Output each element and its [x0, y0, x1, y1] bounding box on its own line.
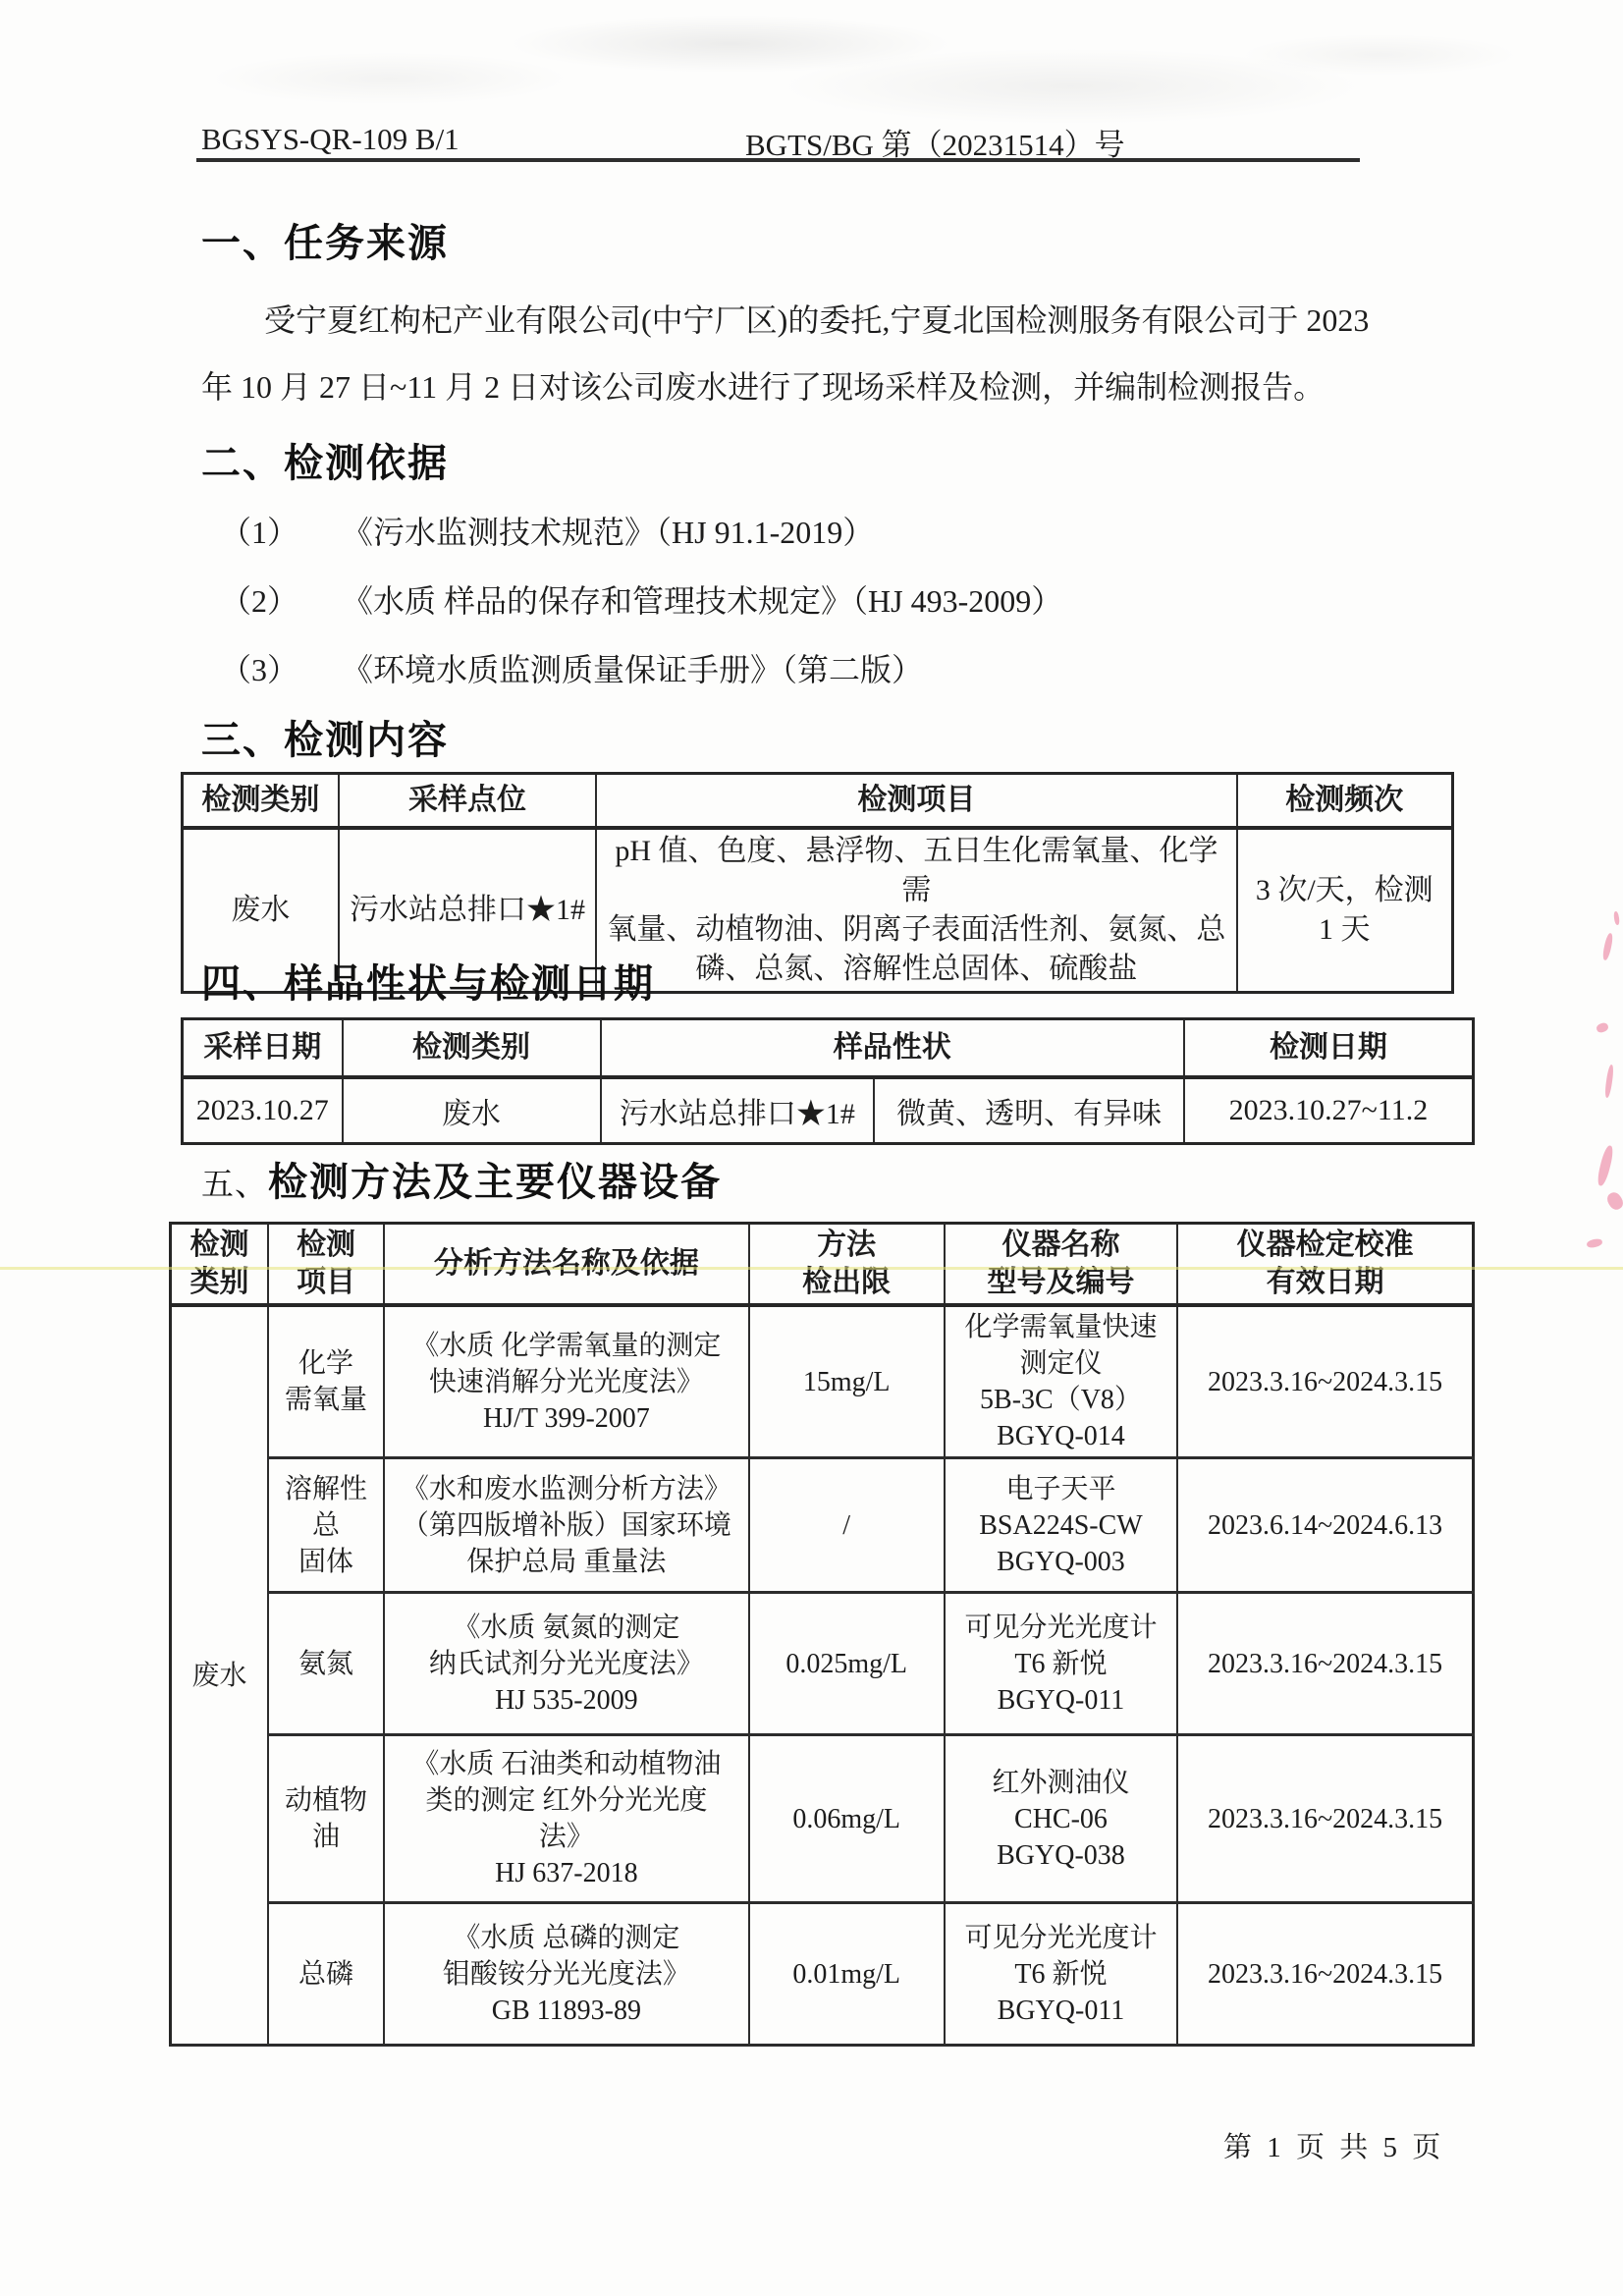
- column-header-item: 检测 项目: [268, 1224, 384, 1306]
- cell-method: 《水质 化学需氧量的测定 快速消解分光光度法》 HJ/T 399-2007: [384, 1305, 749, 1458]
- column-header-frequency: 检测频次: [1237, 774, 1453, 829]
- red-ink-mark: [1586, 1237, 1602, 1248]
- cell-valid-date: 2023.6.14~2024.6.13: [1177, 1458, 1473, 1593]
- table-row-phosphorus: 总磷 《水质 总磷的测定 钼酸铵分光光度法》 GB 11893-89 0.01m…: [171, 1903, 1474, 2046]
- table-row: 2023.10.27 废水 污水站总排口★1# 微黄、透明、有异味 2023.1…: [183, 1077, 1474, 1144]
- reference-text: 《污水监测技术规范》（HJ 91.1-2019）: [342, 515, 874, 550]
- cell-valid-date: 2023.3.16~2024.3.15: [1177, 1903, 1473, 2046]
- cell-item: 动植物 油: [268, 1735, 384, 1903]
- cell-instrument: 可见分光光度计 T6 新悦 BGYQ-011: [945, 1903, 1178, 2046]
- column-header-valid-date: 仪器检定校准 有效日期: [1177, 1224, 1473, 1306]
- cell-item: 溶解性总 固体: [268, 1458, 384, 1593]
- cell-limit: 0.01mg/L: [749, 1903, 945, 2046]
- cell-instrument: 化学需氧量快速 测定仪 5B-3C（V8） BGYQ-014: [945, 1305, 1178, 1458]
- section5-number: 五、: [201, 1168, 268, 1203]
- cell-item: 氨氮: [268, 1593, 384, 1735]
- column-header-method: 分析方法名称及依据: [384, 1224, 749, 1306]
- table-row-ammonia: 氨氮 《水质 氨氮的测定 纳氏试剂分光光度法》 HJ 535-2009 0.02…: [171, 1593, 1474, 1735]
- cell-method: 《水质 总磷的测定 钼酸铵分光光度法》 GB 11893-89: [384, 1903, 749, 2046]
- table-row-cod: 废水 化学 需氧量 《水质 化学需氧量的测定 快速消解分光光度法》 HJ/T 3…: [171, 1305, 1474, 1458]
- column-header-category: 检测类别: [183, 774, 339, 829]
- reference-number: （1）: [220, 511, 298, 554]
- cell-item: 总磷: [268, 1903, 384, 2046]
- cell-method: 《水质 氨氮的测定 纳氏试剂分光光度法》 HJ 535-2009: [384, 1593, 749, 1735]
- cell-category: 废水: [171, 1305, 269, 2046]
- method-instrument-table: 检测 类别 检测 项目 分析方法名称及依据 方法 检出限 仪器名称 型号及编号 …: [169, 1222, 1475, 2047]
- section5-title-text: 检测方法及主要仪器设备: [268, 1161, 722, 1204]
- cell-limit: 0.025mg/L: [749, 1593, 945, 1735]
- section5-title: 五、检测方法及主要仪器设备: [201, 1151, 722, 1207]
- cell-sample-date: 2023.10.27: [183, 1077, 343, 1144]
- reference-text: 《环境水质监测质量保证手册》（第二版）: [342, 652, 923, 687]
- red-ink-mark: [1601, 933, 1614, 961]
- cell-limit: /: [749, 1458, 945, 1593]
- cell-valid-date: 2023.3.16~2024.3.15: [1177, 1735, 1473, 1903]
- cell-instrument: 可见分光光度计 T6 新悦 BGYQ-011: [945, 1593, 1178, 1735]
- reference-item-3: （3）《环境水质监测质量保证手册》（第二版）: [220, 648, 1062, 691]
- table-row-tds: 溶解性总 固体 《水和废水监测分析方法》 （第四版增补版）国家环境 保护总局 重…: [171, 1458, 1474, 1593]
- table-row-oil: 动植物 油 《水质 石油类和动植物油 类的测定 红外分光光度 法》 HJ 637…: [171, 1735, 1474, 1903]
- report-page: BGSYS-QR-109 B/1 BGTS/BG 第（20231514）号 一、…: [0, 0, 1623, 2296]
- section1-title: 一、任务来源: [201, 212, 449, 268]
- cell-valid-date: 2023.3.16~2024.3.15: [1177, 1305, 1473, 1458]
- cell-point: 污水站总排口★1#: [601, 1077, 875, 1144]
- cell-character: 微黄、透明、有异味: [874, 1077, 1184, 1144]
- cell-limit: 15mg/L: [749, 1305, 945, 1458]
- cell-method: 《水质 石油类和动植物油 类的测定 红外分光光度 法》 HJ 637-2018: [384, 1735, 749, 1903]
- cell-method: 《水和废水监测分析方法》 （第四版增补版）国家环境 保护总局 重量法: [384, 1458, 749, 1593]
- page-number: 第 1 页 共 5 页: [1223, 2125, 1444, 2165]
- reference-item-1: （1）《污水监测技术规范》（HJ 91.1-2019）: [220, 511, 1062, 554]
- sample-character-table: 采样日期 检测类别 样品性状 检测日期 2023.10.27 废水 污水站总排口…: [181, 1017, 1475, 1145]
- reference-number: （3）: [220, 648, 298, 691]
- cell-projects: pH 值、色度、悬浮物、五日生化需氧量、化学需 氧量、动植物油、阴离子表面活性剂…: [596, 828, 1236, 993]
- column-header-limit: 方法 检出限: [749, 1224, 945, 1306]
- reference-number: （2）: [220, 579, 298, 623]
- table-header-row: 检测类别 采样点位 检测项目 检测频次: [183, 774, 1453, 829]
- cell-instrument: 红外测油仪 CHC-06 BGYQ-038: [945, 1735, 1178, 1903]
- column-header-category: 检测 类别: [171, 1224, 269, 1306]
- cell-category: 废水: [343, 1077, 601, 1144]
- red-ink-mark: [1613, 911, 1620, 926]
- section4-title: 四、样品性状与检测日期: [201, 953, 655, 1009]
- reference-list: （1）《污水监测技术规范》（HJ 91.1-2019） （2）《水质 样品的保存…: [220, 511, 1062, 717]
- column-header-sample-date: 采样日期: [183, 1019, 343, 1078]
- column-header-category: 检测类别: [343, 1019, 601, 1078]
- table-header-row: 采样日期 检测类别 样品性状 检测日期: [183, 1019, 1474, 1078]
- section1-paragraph: 受宁夏红枸杞产业有限公司(中宁厂区)的委托,宁夏北国检测服务有限公司于 2023…: [201, 287, 1478, 420]
- reference-item-2: （2）《水质 样品的保存和管理技术规定》（HJ 493-2009）: [220, 579, 1062, 623]
- red-ink-mark: [1604, 1190, 1623, 1213]
- column-header-instrument: 仪器名称 型号及编号: [945, 1224, 1178, 1306]
- cell-valid-date: 2023.3.16~2024.3.15: [1177, 1593, 1473, 1735]
- cell-test-date: 2023.10.27~11.2: [1184, 1077, 1474, 1144]
- column-header-character: 样品性状: [601, 1019, 1184, 1078]
- cell-limit: 0.06mg/L: [749, 1735, 945, 1903]
- red-ink-mark: [1604, 1065, 1615, 1099]
- document-code: BGSYS-QR-109 B/1: [201, 122, 460, 157]
- red-ink-mark: [1596, 1021, 1609, 1034]
- header-rule: [196, 158, 1360, 162]
- table-header-row: 检测 类别 检测 项目 分析方法名称及依据 方法 检出限 仪器名称 型号及编号 …: [171, 1224, 1474, 1306]
- column-header-point: 采样点位: [339, 774, 597, 829]
- cell-frequency: 3 次/天，检测 1 天: [1237, 828, 1453, 993]
- section3-title: 三、检测内容: [201, 709, 449, 765]
- cell-item: 化学 需氧量: [268, 1305, 384, 1458]
- section2-title: 二、检测依据: [201, 432, 449, 488]
- scan-artifact-yellow-line: [0, 1267, 1623, 1270]
- column-header-projects: 检测项目: [596, 774, 1236, 829]
- reference-text: 《水质 样品的保存和管理技术规定》（HJ 493-2009）: [342, 583, 1062, 619]
- cell-instrument: 电子天平 BSA224S-CW BGYQ-003: [945, 1458, 1178, 1593]
- column-header-test-date: 检测日期: [1184, 1019, 1474, 1078]
- red-ink-mark: [1596, 1144, 1615, 1186]
